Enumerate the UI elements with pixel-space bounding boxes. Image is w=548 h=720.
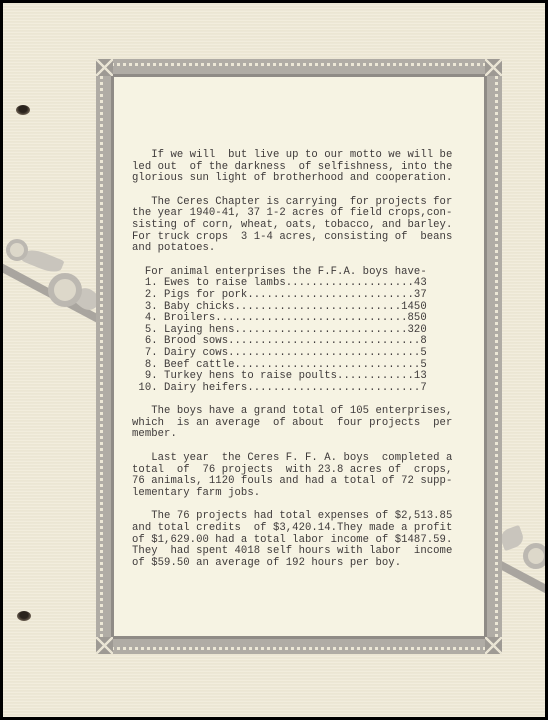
paragraph: The Ceres Chapter is carrying for projec… [132,197,477,255]
list-item: 7. Dairy cows...........................… [132,348,477,360]
list-item: 2. Pigs for pork........................… [132,290,477,302]
summary-paragraphs: The boys have a grand total of 105 enter… [132,406,477,569]
scroll-ornament [523,543,545,569]
binder-hole-bottom [17,611,31,621]
scroll-ornament [48,273,82,307]
scroll-ornament [6,239,28,261]
list-item: 10. Dairy heifers.......................… [132,383,477,395]
binder-hole-top [16,105,30,115]
frame-corner-ornament [96,637,113,654]
list-item: 4. Broilers.............................… [132,313,477,325]
paragraph: The boys have a grand total of 105 enter… [132,406,477,441]
paragraph: If we will but live up to our motto we w… [132,150,477,185]
acanthus-leaf-ornament [498,525,526,551]
typewritten-report: If we will but live up to our motto we w… [132,150,477,581]
frame-corner-ornament [96,59,113,76]
list-item: 9. Turkey hens to raise poults..........… [132,371,477,383]
animal-enterprises-list: 1. Ewes to raise lambs..................… [132,278,477,394]
intro-paragraphs: If we will but live up to our motto we w… [132,150,477,255]
paragraph: Last year the Ceres F. F. A. boys comple… [132,453,477,499]
frame-corner-ornament [485,59,502,76]
frame-corner-ornament [485,637,502,654]
paragraph: The 76 projects had total expenses of $2… [132,511,477,569]
